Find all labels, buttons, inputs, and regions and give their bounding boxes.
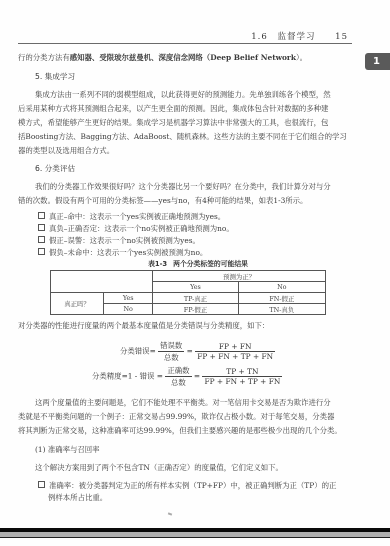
checkbox-bullet-icon (38, 248, 45, 255)
bullet-item: 真负–正确否定：这表示一个no实例被正确地预测为no。 (38, 223, 234, 234)
paragraph-line: 我们的分类器工作效果很好吗？这个分类器比另一个要好吗？在分类中，我们计算分对与分 (35, 180, 371, 194)
cell-fn: FN-假正 (238, 293, 325, 304)
subheading-precision-recall: (1) 准确率与召回率 (35, 443, 371, 457)
paragraph-line: 这个解决方案用到了两个不包含TN（正确否定）的度量值，它们定义如下。 (35, 461, 371, 475)
bullet-item: 假负–未命中：这表示一个yes实例被预测为no。 (38, 247, 207, 258)
row-label: No (104, 304, 153, 315)
bullet-item-precision: 准确率：被分类器判定为正的所有样本实例（TP+FP）中，被正确判断为正（TP）的… (38, 480, 336, 491)
paragraph-line: 器的类型以及选用组合方式。 (18, 144, 354, 158)
confusion-table: 预测为正？ Yes No 真正吗？ Yes TP-真正 FN-假正 No FP-… (50, 270, 326, 315)
formula-lhs: 分类精度=1 - 错误 = (92, 372, 163, 381)
paragraph-line: 集成方法由一系列不同的弱模型组成，以此获得更好的预测能力。先单独训练各个模型，然 (35, 88, 371, 102)
equals: = (194, 372, 200, 381)
bullet-text: 假正–误警：这表示一个no实例被预测为yes。 (49, 236, 200, 245)
numerator: TP + TN (202, 367, 282, 377)
paragraph-line: 将其判断为正常交易，这种准确率可达99.99%，但我们主要感兴趣的是那些极少出现… (18, 424, 354, 438)
row-label: Yes (104, 293, 153, 304)
cell-fp: FP-假正 (153, 304, 238, 315)
bottom-border-line (0, 537, 390, 538)
pred-no-header: No (238, 282, 325, 293)
paragraph-line: 模方式，希望能够产生更好的结果。集成学习是机器学习算法中非常强大的工具，也很流行… (18, 116, 354, 130)
bullet-item: 真正–命中：这表示一个yes实例被正确地预测为yes。 (38, 211, 225, 222)
paragraph-line: 这两个度量值的主要问题是，它们不能处理不平衡类。对一笔信用卡交易是否为欺诈进行分 (35, 396, 371, 410)
section-5-heading: 5. 集成学习 (35, 71, 75, 82)
section-number: 1.6 (251, 32, 268, 42)
formula-classification-accuracy: 分类精度=1 - 错误 = 正确数总数 = TP + TNFP + FN + T… (92, 365, 282, 388)
intro-line: 行的分类方法有感知器、受限玻尔兹曼机、深度信念网络（Deep Belief Ne… (18, 51, 354, 65)
numerator: 正确数 (165, 365, 191, 377)
fraction: 正确数总数 (165, 365, 191, 388)
book-page: 1.6 监督学习 15 1 行的分类方法有感知器、受限玻尔兹曼机、深度信念网络（… (0, 0, 390, 546)
bullet-text: 准确率：被分类器判定为正的所有样本实例（TP+FP）中，被正确判断为正（TP）的… (49, 481, 336, 490)
actual-header: 真正吗？ (51, 293, 104, 315)
cell-tn: TN-真负 (238, 304, 325, 315)
checkbox-bullet-icon (38, 224, 45, 231)
table-caption: 表1-3两个分类标签的可能结果 (0, 258, 390, 268)
equals: = (187, 347, 193, 356)
section-title: 监督学习 (277, 32, 315, 42)
bullet-continuation: 例样本所占比重。 (48, 491, 384, 505)
intro-suffix: ）。 (296, 53, 307, 62)
fraction: 错误数总数 (158, 340, 184, 363)
intro-bold-en: Deep Belief Network (210, 53, 296, 62)
checkbox-bullet-icon (38, 212, 45, 219)
running-head: 1.6 监督学习 15 (18, 30, 352, 44)
formula-classification-error: 分类错误= 错误数总数 = FP + FNFP + FN + TP + FN (120, 340, 275, 363)
checkbox-bullet-icon (38, 481, 45, 488)
scan-mark (168, 512, 172, 515)
numerator: FP + FN (195, 342, 275, 352)
paragraph-line: 括Boosting方法、Bagging方法、AdaBoost、随机森林。这些方法… (18, 130, 354, 144)
pred-yes-header: Yes (153, 282, 238, 293)
denominator: 总数 (158, 352, 184, 363)
predicted-header: 预测为正？ (153, 271, 326, 282)
section-6-heading: 6. 分类评估 (35, 163, 75, 174)
running-head-text: 1.6 监督学习 15 (245, 30, 348, 42)
empty-corner-cell (51, 271, 153, 293)
table-title: 两个分类标签的可能结果 (173, 260, 248, 268)
bullet-text: 真负–正确否定：这表示一个no实例被正确地预测为no。 (49, 224, 234, 233)
bullet-item: 假正–误警：这表示一个no实例被预测为yes。 (38, 235, 200, 246)
paragraph-line: 类就是不平衡类问题的一个例子：正常交易占99.99%，欺诈仅占极小数。对于每笔交… (18, 410, 354, 424)
chapter-tab: 1 (365, 53, 390, 70)
table-number: 表1-3 (148, 260, 167, 268)
paragraph-line: 错的次数。假设有两个可用的分类标签——yes与no，有4种可能的结果，如表1-3… (18, 194, 354, 208)
page-number: 15 (335, 32, 348, 42)
denominator: FP + FN + TP + FN (202, 377, 282, 386)
denominator: FP + FN + TP + FN (195, 352, 275, 361)
denominator: 总数 (165, 377, 191, 388)
intro-prefix: 行的分类方法有 (18, 53, 70, 62)
metrics-intro: 对分类器的性能进行度量的两个最基本度量值是分类错误与分类精度，如下： (18, 319, 354, 333)
intro-bold: 感知器、受限玻尔兹曼机、深度信念网络（ (70, 53, 210, 62)
bullet-text: 假负–未命中：这表示一个yes实例被预测为no。 (49, 248, 207, 257)
fraction: TP + TNFP + FN + TP + FN (202, 367, 282, 386)
bullet-text: 真正–命中：这表示一个yes实例被正确地预测为yes。 (49, 212, 225, 221)
formula-lhs: 分类错误= (120, 347, 156, 356)
cell-tp: TP-真正 (153, 293, 238, 304)
fraction: FP + FNFP + FN + TP + FN (195, 342, 275, 361)
paragraph-line: 后采用某种方式将其预测组合起来，以产生更全面的预测。因此，集成体包含针对数据的多… (18, 102, 354, 116)
numerator: 错误数 (158, 340, 184, 352)
checkbox-bullet-icon (38, 236, 45, 243)
